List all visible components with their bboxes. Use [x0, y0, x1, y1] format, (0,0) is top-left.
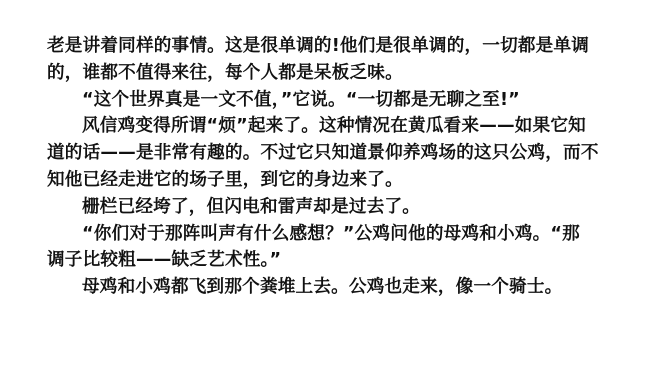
text-line-1: 老是讲着同样的事情。这是很单调的!他们是很单调的，一切都是单调: [47, 33, 617, 60]
text-line-2: 的，谁都不值得来往，每个人都是呆板乏味。: [47, 60, 617, 87]
text-line-3: “这个世界真是一文不值，”它说。“一切都是无聊之至!”: [47, 87, 617, 114]
text-line-7: 栅栏已经垮了，但闪电和雷声却是过去了。: [47, 194, 617, 221]
text-line-10: 母鸡和小鸡都飞到那个粪堆上去。公鸡也走来，像一个骑士。: [47, 274, 617, 301]
text-line-4: 风信鸡变得所谓“烦”起来了。这种情况在黄瓜看来——如果它知: [47, 113, 617, 140]
text-line-5: 道的话——是非常有趣的。不过它只知道景仰养鸡场的这只公鸡，而不: [47, 140, 617, 167]
text-line-6: 知他已经走进它的场子里，到它的身边来了。: [47, 167, 617, 194]
document-page: 老是讲着同样的事情。这是很单调的!他们是很单调的，一切都是单调 的，谁都不值得来…: [47, 33, 617, 301]
text-line-9: 调子比较粗——缺乏艺术性。”: [47, 247, 617, 274]
text-line-8: “你们对于那阵叫声有什么感想？”公鸡问他的母鸡和小鸡。“那: [47, 221, 617, 248]
